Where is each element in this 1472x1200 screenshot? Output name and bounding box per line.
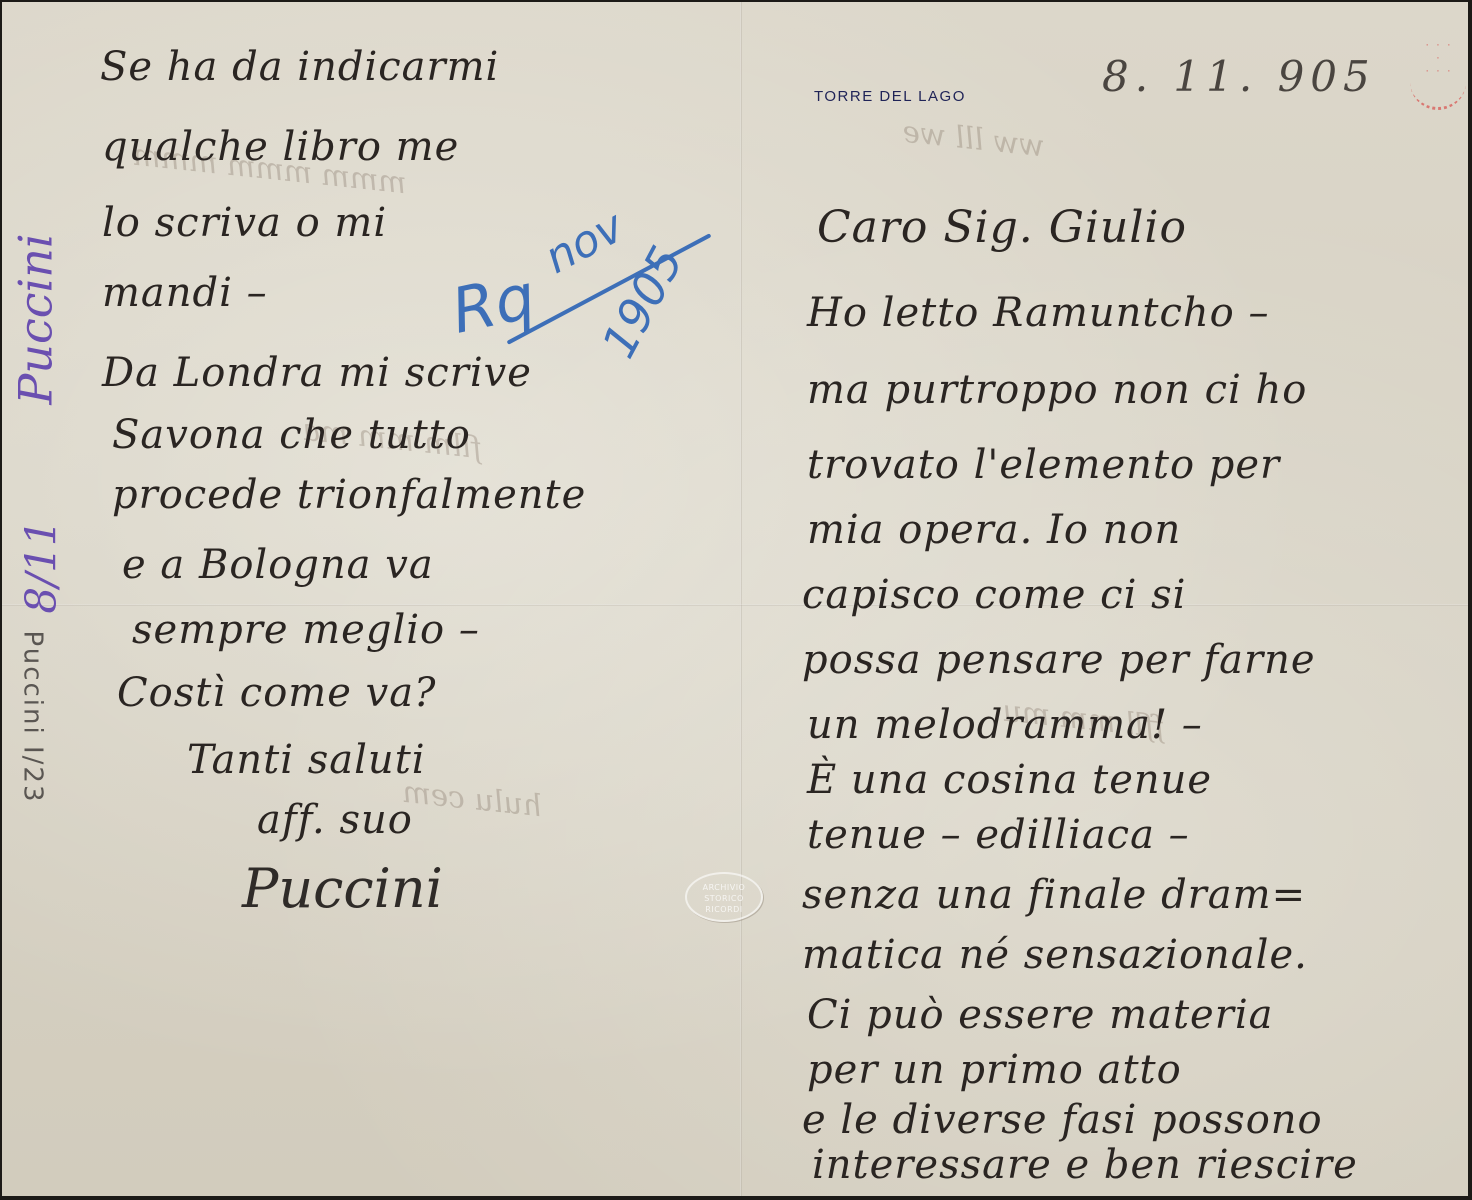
left-line: Tanti saluti [187, 737, 426, 783]
letter-sheet: mmm mmm mmm fllm mm ma hulu cem ww lll w… [2, 2, 1468, 1196]
margin-date: 8/11 [17, 519, 66, 613]
letter-date: 8. 11. 905 [1102, 52, 1376, 101]
vertical-fold [740, 2, 742, 1196]
left-line: Da Londra mi scrive [102, 350, 532, 396]
signature: Puccini [242, 857, 443, 920]
left-line: lo scriva o mi [102, 200, 387, 246]
archive-reference: Puccini I/23 [18, 631, 48, 804]
left-line: sempre meglio – [132, 607, 480, 653]
left-line: aff. suo [257, 797, 413, 843]
left-line: mandi – [102, 270, 268, 316]
right-line: interessare e ben riescire [812, 1142, 1358, 1188]
margin-author-name: Puccini [9, 233, 63, 404]
right-line: tenue – edilliaca – [807, 812, 1190, 858]
right-line: matica né sensazionale. [802, 932, 1308, 978]
right-line: trovato l'elemento per [807, 442, 1280, 488]
left-line: Se ha da indicarmi [100, 44, 499, 90]
bleed-through: ww lll we [901, 115, 1047, 165]
letterhead: TORRE DEL LAGO [814, 88, 966, 105]
archive-blind-stamp: ARCHIVIO STORICO RICORDI [685, 872, 763, 922]
right-line: mia opera. Io non [807, 507, 1181, 553]
left-line: qualche libro me [102, 124, 459, 170]
right-line: senza una finale dram= [802, 872, 1306, 918]
salutation: Caro Sig. Giulio [817, 202, 1187, 253]
left-line: procede trionfalmente [112, 472, 586, 518]
horizontal-fold [2, 604, 1468, 606]
right-line: un melodramma! – [807, 702, 1203, 748]
stamp-line: STORICO [687, 893, 761, 904]
note-month: nov [537, 201, 632, 284]
red-ownership-stamp: · · · · · · · [1410, 40, 1466, 110]
left-line: e a Bologna va [122, 542, 434, 588]
right-line: possa pensare per farne [802, 637, 1316, 683]
stamp-line: ARCHIVIO [687, 882, 761, 893]
stamp-line: RICORDI [687, 904, 761, 915]
right-line: ma purtroppo non ci ho [807, 367, 1307, 413]
right-line: È una cosina tenue [807, 757, 1212, 803]
left-line: Savona che tutto [112, 412, 471, 458]
right-line: capisco come ci si [802, 572, 1186, 618]
right-line: Ho letto Ramuntcho – [807, 290, 1269, 336]
right-line: e le diverse fasi possono [802, 1097, 1323, 1143]
right-line: per un primo atto [807, 1047, 1182, 1093]
stamp-line: · · · [1410, 40, 1466, 53]
stamp-line: · · · [1410, 66, 1466, 79]
stamp-line: · [1410, 53, 1466, 66]
left-line: Costì come va? [117, 670, 437, 716]
right-line: Ci può essere materia [807, 992, 1273, 1038]
blue-pencil-note: Rq nov 1905 [434, 217, 724, 367]
